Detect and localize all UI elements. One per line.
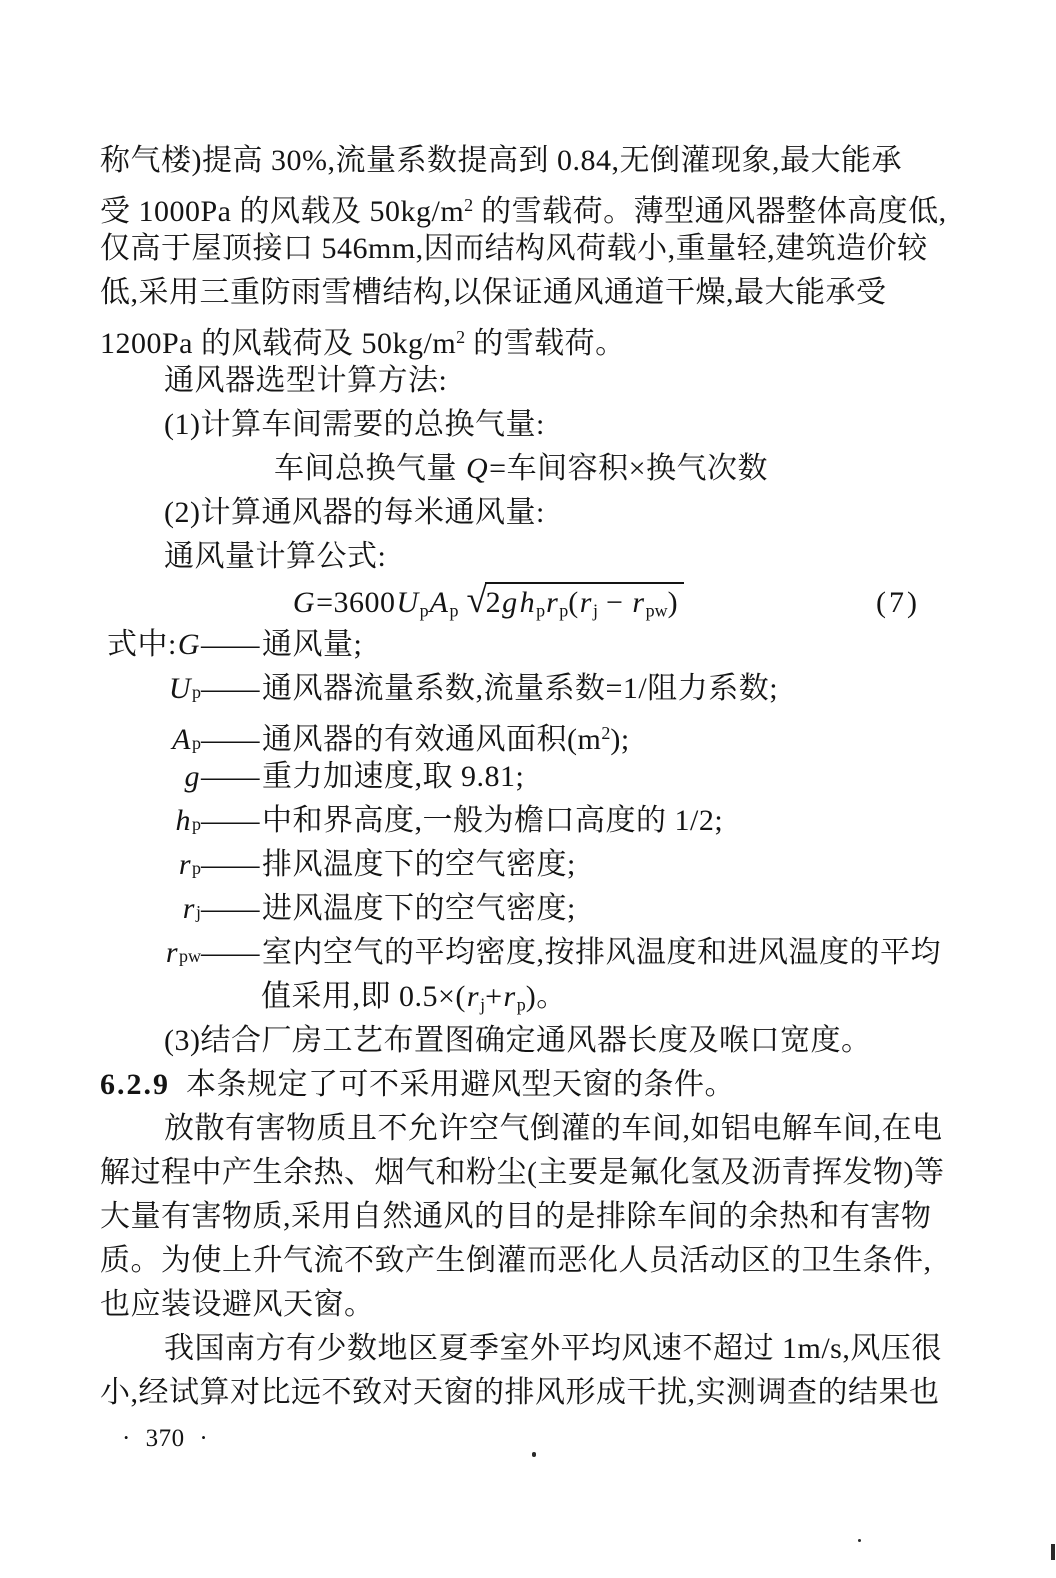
document-body: 称气楼)提高 30%,流量系数提高到 0.84,无倒灌现象,最大能承受 1000… (100, 139, 942, 1461)
text-segment: 值采用,即 0.5×( (261, 980, 466, 1013)
definition-text: 室内空气的平均密度,按排风温度和进风温度的平均 (262, 931, 941, 975)
definition-symbol: rp (100, 843, 201, 890)
text-segment: 放散有害物质且不允许空气倒灌的车间,如铝电解车间,在电 (164, 1112, 943, 1145)
text-line: 值采用,即 0.5×(rj+rp)。 (100, 975, 942, 1019)
text-segment: 我国南方有少数地区夏季室外平均风速不超过 1m/s,风压很 (164, 1332, 942, 1365)
text-line: 车间总换气量 Q=车间容积×换气次数 (100, 447, 942, 491)
scanned-document-page: 称气楼)提高 30%,流量系数提高到 0.84,无倒灌现象,最大能承受 1000… (0, 0, 1056, 1578)
scan-speck (532, 1452, 536, 1457)
text-segment: 通风器选型计算方法: (164, 364, 447, 397)
text-segment: p (192, 846, 201, 890)
text-line: 仅高于屋顶接口 546mm,因而结构风荷载小,重量轻,建筑造价较 (100, 227, 942, 271)
definition-text: 重力加速度,取 9.81; (262, 755, 524, 799)
text-segment: (1)计算车间需要的总换气量: (164, 408, 545, 441)
text-segment: ( (568, 586, 579, 619)
text-line: 解过程中产生余热、烟气和粉尘(主要是氟化氢及沥青挥发物)等 (100, 1151, 942, 1195)
text-segment: 通风器的有效通风面积(m (262, 723, 601, 756)
text-segment: G (292, 586, 316, 619)
definition-line: rj——进风温度下的空气密度; (100, 887, 942, 931)
definition-dash: —— (201, 799, 262, 843)
text-segment: =3600 (316, 586, 395, 619)
definition-text: 中和界高度,一般为檐口高度的 1/2; (262, 799, 723, 843)
definition-text: 通风器流量系数,流量系数=1/阻力系数; (262, 667, 778, 711)
text-segment: 6.2.9 (100, 1068, 170, 1101)
text-segment: 2 (486, 586, 502, 619)
definition-line: rp——排风温度下的空气密度; (100, 843, 942, 887)
text-line: 受 1000Pa 的风载及 50kg/m2 的雪载荷。薄型通风器整体高度低, (100, 183, 942, 227)
text-segment: 大量有害物质,采用自然通风的目的是排除车间的余热和有害物 (100, 1200, 932, 1233)
text-segment: p (559, 601, 568, 621)
text-segment: 仅高于屋顶接口 546mm,因而结构风荷载小,重量轻,建筑造价较 (100, 232, 928, 265)
text-segment: 2 (456, 327, 465, 347)
definition-symbol: rpw (100, 931, 201, 978)
text-segment: + (485, 980, 502, 1013)
text-segment: 2 (464, 195, 473, 215)
scan-speck (858, 1539, 861, 1542)
text-segment: 1200Pa 的风载荷及 50kg/m (100, 327, 456, 360)
definition-dash: —— (201, 667, 262, 711)
text-line: 我国南方有少数地区夏季室外平均风速不超过 1m/s,风压很 (100, 1327, 942, 1371)
text-segment: 小,经试算对比远不致对天窗的排风形成干扰,实测调查的结果也 (100, 1376, 940, 1409)
text-line: 也应装设避风天窗。 (100, 1283, 942, 1327)
text-segment: p (192, 670, 201, 714)
text-segment: 质。为使上升气流不致产生倒灌而恶化人员活动区的卫生条件, (100, 1244, 932, 1277)
definition-text: 通风量; (262, 623, 362, 667)
text-segment: pw (646, 601, 668, 621)
text-segment: g (501, 586, 519, 619)
text-segment: r (165, 931, 179, 975)
text-segment: r (579, 586, 593, 619)
text-segment: r (631, 586, 645, 619)
square-root: √2ghprp(rj − rpw) (467, 586, 685, 619)
text-segment: 称气楼)提高 30%,流量系数提高到 0.84,无倒灌现象,最大能承 (100, 144, 902, 177)
definition-symbol: hp (100, 799, 201, 846)
text-line: 通风量计算公式: (100, 535, 942, 579)
text-segment: 中和界高度,一般为檐口高度的 1/2; (262, 804, 723, 837)
definition-line: g——重力加速度,取 9.81; (100, 755, 942, 799)
radicand: 2ghprp(rj − rpw) (485, 582, 685, 622)
text-line: (1)计算车间需要的总换气量: (100, 403, 942, 447)
definition-symbol: g (100, 755, 201, 799)
definition-text: 进风温度下的空气密度; (262, 887, 576, 931)
text-segment: 通风量; (262, 628, 362, 661)
text-segment: 式中: (107, 623, 177, 667)
text-segment: 室内空气的平均密度,按排风温度和进风温度的平均 (262, 936, 941, 969)
text-line: 放散有害物质且不允许空气倒灌的车间,如铝电解车间,在电 (100, 1107, 942, 1151)
text-segment: p (450, 601, 459, 621)
text-segment: h (175, 799, 193, 843)
definition-dash: —— (201, 623, 262, 667)
text-segment: r (545, 586, 559, 619)
text-line: 大量有害物质,采用自然通风的目的是排除车间的余热和有害物 (100, 1195, 942, 1239)
text-line: (2)计算通风器的每米通风量: (100, 491, 942, 535)
text-segment: − (598, 586, 631, 619)
text-segment: 排风温度下的空气密度; (262, 848, 576, 881)
text-segment: (2)计算通风器的每米通风量: (164, 496, 545, 529)
definition-dash: —— (201, 755, 262, 799)
text-segment: 的雪载荷。 (465, 327, 626, 360)
text-segment: =车间容积×换气次数 (489, 452, 768, 485)
definition-dash: —— (201, 931, 262, 975)
formula-line: G=3600UpAp √2ghprp(rj − rpw)(7) (100, 579, 942, 623)
text-segment: 车间总换气量 (274, 452, 465, 485)
text-segment: pw (179, 934, 201, 978)
text-line: (3)结合厂房工艺布置图确定通风器长度及喉口宽度。 (100, 1019, 942, 1063)
text-segment: 通风器流量系数,流量系数=1/阻力系数; (262, 672, 778, 705)
definition-line: Up——通风器流量系数,流量系数=1/阻力系数; (100, 667, 942, 711)
text-line: 6.2.9 本条规定了可不采用避风型天窗的条件。 (100, 1063, 942, 1107)
text-segment: (3)结合厂房工艺布置图确定通风器长度及喉口宽度。 (164, 1024, 871, 1057)
text-segment: r (503, 980, 517, 1013)
text-segment: 的雪载荷。薄型通风器整体高度低, (473, 195, 947, 228)
definition-symbol: Up (100, 667, 201, 714)
text-segment: Q (465, 452, 489, 485)
text-segment: 也应装设避风天窗。 (100, 1288, 375, 1321)
text-segment: 低,采用三重防雨雪槽结构,以保证通风通道干燥,最大能承受 (100, 276, 887, 309)
text-segment: h (519, 586, 537, 619)
text-segment: 通风量计算公式: (164, 540, 386, 573)
text-segment: p (517, 995, 526, 1015)
text-line: 1200Pa 的风载荷及 50kg/m2 的雪载荷。 (100, 315, 942, 359)
page-number: · 370 · (100, 1417, 942, 1461)
text-line: 通风器选型计算方法: (100, 359, 942, 403)
definition-symbol: rj (100, 887, 201, 934)
text-segment: r (178, 843, 192, 887)
text-segment: p (536, 601, 545, 621)
text-segment: ) (668, 586, 679, 619)
text-line: 质。为使上升气流不致产生倒灌而恶化人员活动区的卫生条件, (100, 1239, 942, 1283)
text-line: 小,经试算对比远不致对天窗的排风形成干扰,实测调查的结果也 (100, 1371, 942, 1415)
text-segment: r (466, 980, 480, 1013)
definition-dash: —— (201, 843, 262, 887)
text-segment: U (396, 586, 420, 619)
scan-edge-mark (1051, 1544, 1055, 1560)
text-segment: U (168, 667, 192, 711)
definition-line: Ap——通风器的有效通风面积(m2); (100, 711, 942, 755)
text-segment: p (192, 802, 201, 846)
text-segment: )。 (526, 980, 567, 1013)
text-segment: 本条规定了可不采用避风型天窗的条件。 (170, 1068, 735, 1101)
text-segment: ); (610, 723, 629, 756)
text-segment: G (177, 623, 201, 667)
text-segment: A (429, 586, 450, 619)
text-segment: 受 1000Pa 的风载及 50kg/m (100, 195, 464, 228)
text-line: 称气楼)提高 30%,流量系数提高到 0.84,无倒灌现象,最大能承 (100, 139, 942, 183)
definition-text: 排风温度下的空气密度; (262, 843, 576, 887)
text-segment: 进风温度下的空气密度; (262, 892, 576, 925)
text-segment: r (182, 887, 196, 931)
definition-symbol: 式中:G (100, 623, 201, 667)
text-segment: 解过程中产生余热、烟气和粉尘(主要是氟化氢及沥青挥发物)等 (100, 1156, 944, 1189)
equation-number: (7) (876, 581, 942, 625)
text-segment (459, 586, 467, 619)
text-segment: g (184, 755, 202, 799)
definition-line: hp——中和界高度,一般为檐口高度的 1/2; (100, 799, 942, 843)
text-line: 低,采用三重防雨雪槽结构,以保证通风通道干燥,最大能承受 (100, 271, 942, 315)
text-segment: p (420, 601, 429, 621)
text-segment: 2 (601, 723, 610, 743)
definition-dash: —— (201, 887, 262, 931)
text-segment: 重力加速度,取 9.81; (262, 760, 524, 793)
definition-line: rpw——室内空气的平均密度,按排风温度和进风温度的平均 (100, 931, 942, 975)
